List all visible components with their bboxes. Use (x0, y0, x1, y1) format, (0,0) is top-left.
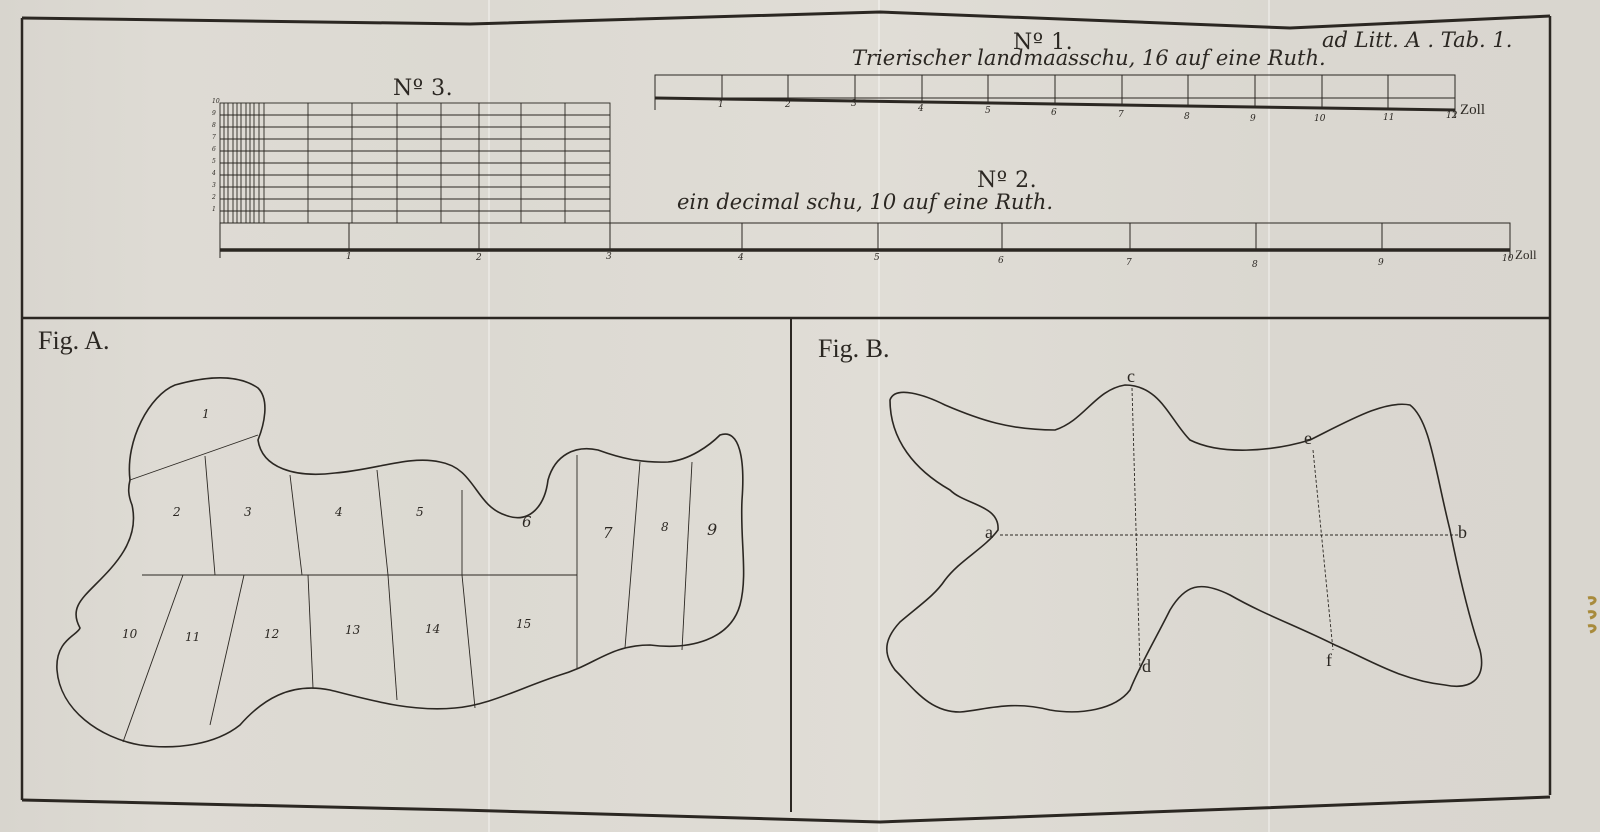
fig-a-parcel-label: 12 (264, 627, 279, 641)
scale-3-row-label: 9 (212, 110, 216, 117)
fig-a-division-lines (123, 435, 692, 742)
scale-2-tick: 5 (874, 253, 880, 263)
scale-1-tick: 1 (718, 100, 724, 110)
scale-2-tick: 3 (606, 252, 612, 262)
scale-3-row-label: 4 (212, 170, 216, 177)
fig-a-parcel-label: 9 (707, 520, 717, 539)
scale-1-tick: 7 (1118, 110, 1124, 120)
scale-2-caption: ein decimal schu, 10 auf eine Ruth. (677, 190, 1053, 214)
scale-3-row-label: 6 (212, 146, 216, 153)
scale-3-row-label: 3 (212, 182, 216, 189)
fig-b-title: Fig. B. (818, 334, 890, 364)
plate-reference: ad Litt. A . Tab. 1. (1322, 28, 1512, 52)
fig-b-survey-lines (1000, 388, 1458, 670)
scale-1-tick: 12 (1446, 111, 1457, 121)
fig-a-parcel-label: 3 (244, 505, 252, 519)
scale-1-tick: 6 (1051, 108, 1057, 118)
scale-3-grid (220, 103, 610, 223)
scale-2-tick: 4 (738, 253, 744, 263)
scale-1-tick: 9 (1250, 114, 1256, 124)
engraved-plate: Nº 1. Trierischer landmaasschu, 16 auf e… (0, 0, 1600, 832)
fig-a-parcel-label: 1 (202, 407, 210, 421)
fig-a-parcel-label: 13 (345, 623, 360, 637)
fig-b-outline (887, 385, 1482, 712)
binding-thread-icon (1586, 590, 1600, 650)
fig-b-point-label: c (1127, 366, 1135, 387)
fig-a-parcel-label: 6 (522, 513, 532, 531)
scale-2-tick: 6 (998, 256, 1004, 266)
plate-drawing (0, 0, 1600, 832)
scale-1-caption: Trierischer landmaasschu, 16 auf eine Ru… (852, 46, 1326, 70)
scale-2-tick: 2 (476, 253, 482, 263)
scale-1-tick: 10 (1314, 114, 1325, 124)
scale-2-tick: 10 (1502, 254, 1513, 264)
scale-3-row-label: 5 (212, 158, 216, 165)
scale-3-row-label: 10 (212, 98, 220, 105)
frame-bottom-border (22, 797, 1550, 822)
fig-a-parcel-label: 4 (335, 505, 343, 519)
scale-1-unit: Zoll (1460, 102, 1485, 119)
frame-top-border (22, 12, 1550, 28)
fig-a-parcel-label: 5 (416, 505, 424, 519)
scale-1-tick: 4 (918, 104, 924, 114)
scale-1-tick: 2 (785, 100, 791, 110)
fig-a-parcel-label: 15 (516, 617, 531, 631)
scale-2-tick: 1 (346, 252, 352, 262)
fig-a-parcel-label: 14 (425, 622, 440, 636)
fig-b-map (887, 385, 1482, 712)
fig-a-parcel-label: 7 (603, 524, 613, 542)
scale-3-row-label: 2 (212, 194, 216, 201)
scale-2-tick: 7 (1126, 258, 1132, 268)
scale-3-number: Nº 3. (393, 76, 453, 101)
fig-b-point-label: d (1142, 656, 1151, 677)
fig-b-point-label: a (985, 522, 993, 543)
fig-b-point-label: b (1458, 522, 1467, 543)
scale-2-unit: Zoll (1515, 247, 1537, 263)
scale-2-bar (220, 223, 1510, 258)
scale-3-row-label: 8 (212, 122, 216, 129)
fig-a-title: Fig. A. (38, 326, 110, 356)
fig-a-parcel-label: 8 (661, 520, 669, 534)
scale-3-row-label: 1 (212, 206, 216, 213)
scale-1-tick: 11 (1383, 113, 1394, 123)
scale-1-tick: 8 (1184, 112, 1190, 122)
scale-2-tick: 9 (1378, 258, 1384, 268)
fig-a-parcel-label: 10 (122, 627, 137, 641)
fig-a-map (57, 378, 744, 747)
scale-3-row-label: 7 (212, 134, 216, 141)
fig-b-point-label: e (1304, 428, 1312, 449)
scale-1-tick: 3 (851, 99, 857, 109)
fig-a-parcel-label: 11 (185, 630, 200, 644)
fig-b-point-label: f (1326, 650, 1332, 671)
scale-1-tick: 5 (985, 106, 991, 116)
fig-a-outline (57, 378, 744, 747)
scale-2-tick: 8 (1252, 260, 1258, 270)
fig-a-parcel-label: 2 (173, 505, 181, 519)
